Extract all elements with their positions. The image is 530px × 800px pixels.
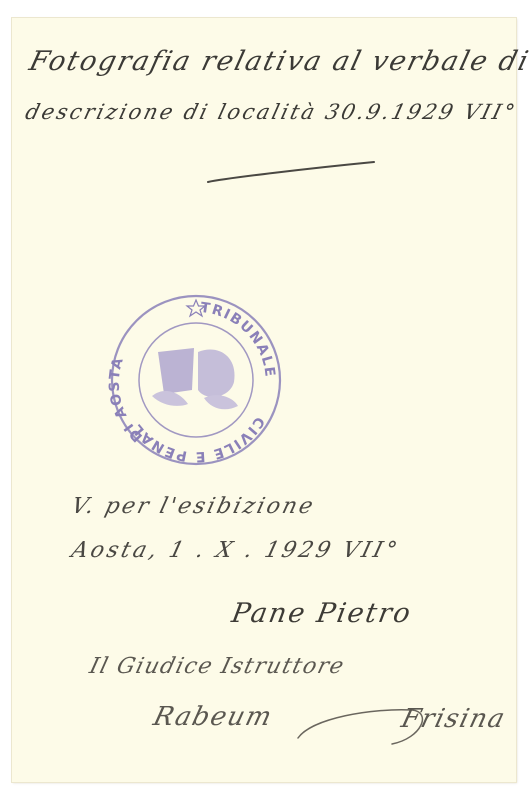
signature-pane-pietro: Pane Pietro — [229, 598, 414, 629]
exhibit-note-line-2: Aosta, 1 . X . 1929 VII° — [69, 538, 402, 563]
document-card: Fotografia relativa al verbale di descri… — [12, 18, 516, 782]
header-line-2: descrizione di località 30.9.1929 VII° — [23, 100, 520, 124]
divider-stroke — [208, 162, 374, 182]
coat-of-arms-emblem — [152, 348, 238, 409]
judge-signature-a: Rabeum — [150, 702, 276, 732]
judge-signature-b: Frisina — [398, 704, 509, 734]
exhibit-note-line-1: V. per l'esibizione — [69, 494, 318, 519]
court-stamp: TRIBUNALE CIVILE E PENALE DI AOSTA — [108, 294, 284, 466]
judge-title: Il Giudice Istruttore — [87, 654, 348, 679]
header-line-1: Fotografia relativa al verbale di — [26, 46, 530, 77]
